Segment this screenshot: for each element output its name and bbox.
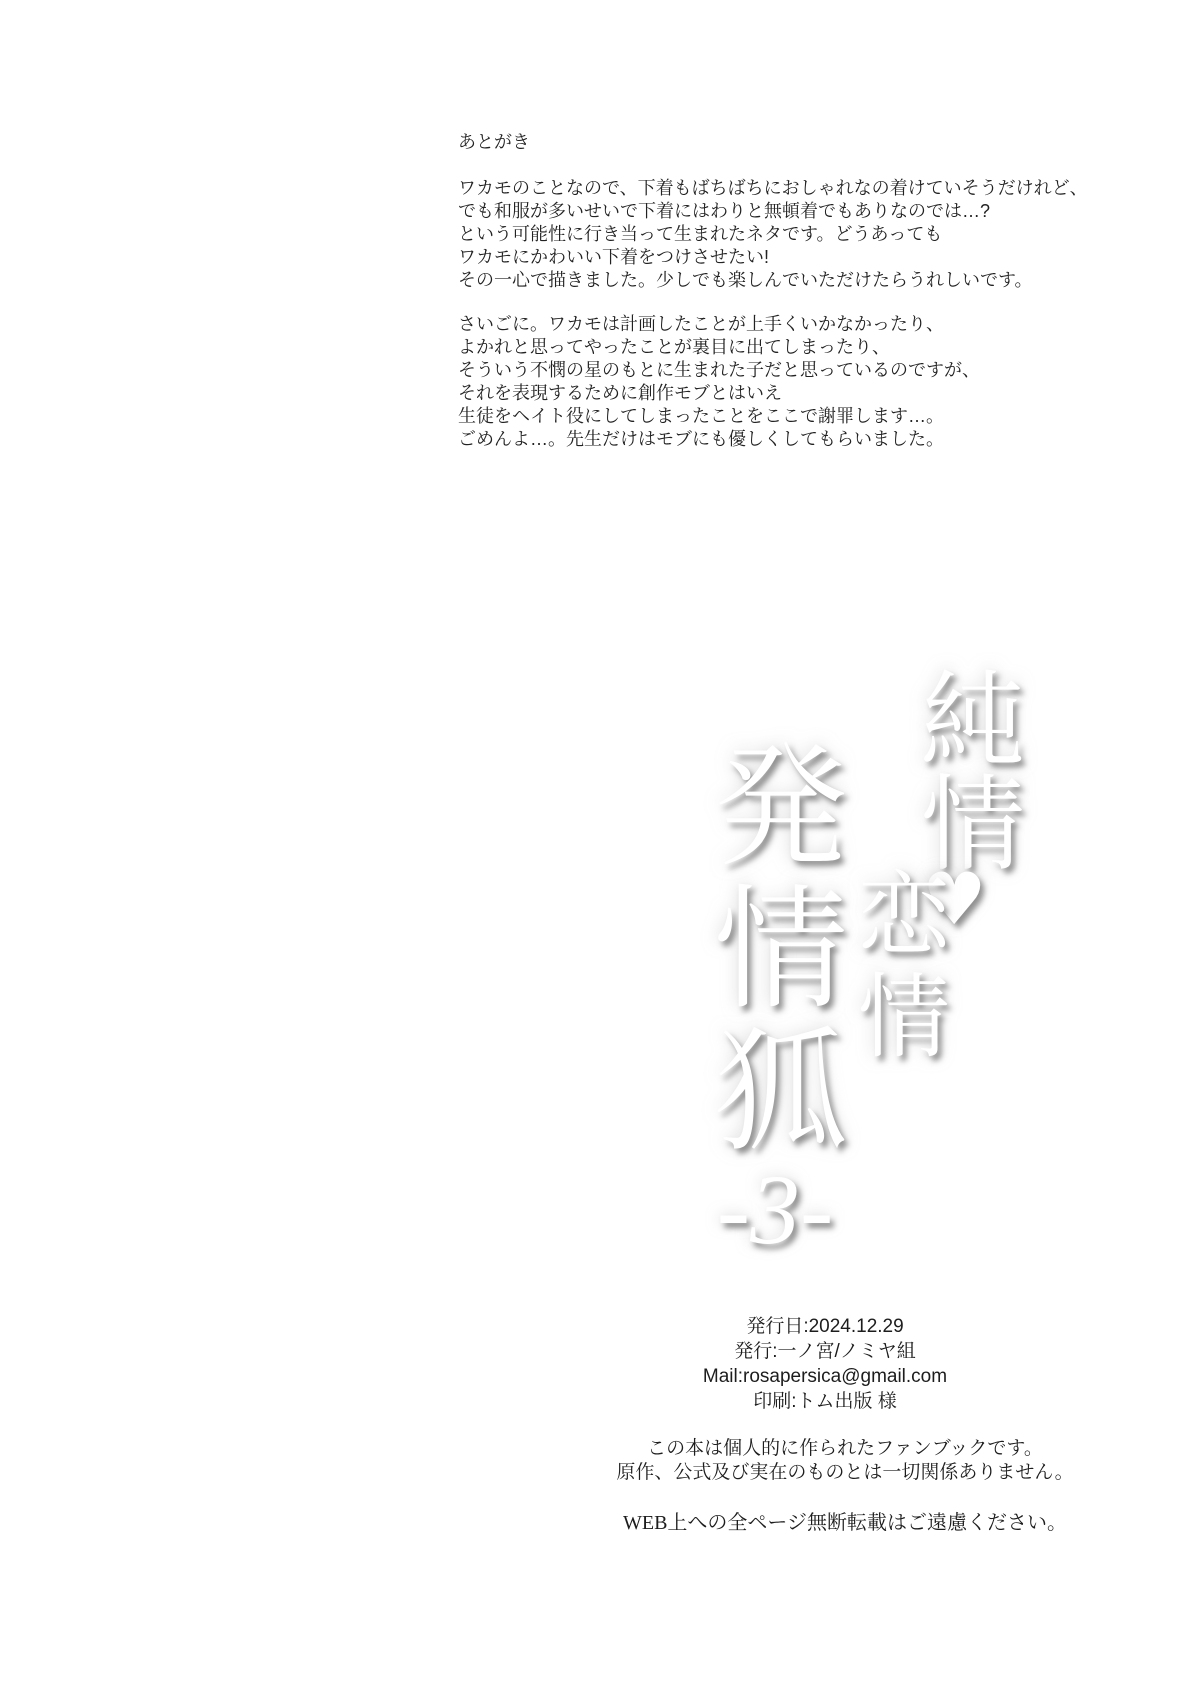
- published-date: 発行日:2024.12.29: [525, 1314, 1125, 1339]
- afterword-section: あとがき ワカモのことなので、下着もばちばちにおしゃれなの着けていそうだけれど、…: [458, 131, 1118, 472]
- book-title-column-middle: 恋情: [850, 866, 942, 1070]
- book-title-column-right: 純情: [910, 665, 1014, 873]
- printer: 印刷:トム出版 様: [525, 1389, 1125, 1414]
- fanbook-disclaimer: この本は個人的に作られたファンブックです。 原作、公式及び実在のものとは一切関係…: [545, 1437, 1145, 1485]
- book-title-column-left: 発情狐: [702, 736, 836, 1162]
- book-title-volume-number: -3-: [695, 1160, 855, 1260]
- afterword-heading: あとがき: [458, 131, 1118, 154]
- afterword-paragraph-2: さいごに。ワカモは計画したことが上手くいかなかったり、 よかれと思ってやったこと…: [458, 313, 1118, 451]
- afterword-paragraph-1: ワカモのことなので、下着もばちばちにおしゃれなの着けていそうだけれど、 でも和服…: [458, 177, 1118, 292]
- contact-mail: Mail:rosapersica@gmail.com: [525, 1364, 1125, 1389]
- colophon-section: 発行日:2024.12.29 発行:一ノ宮/ノミヤ組 Mail:rosapers…: [525, 1314, 1125, 1414]
- publisher-circle: 発行:一ノ宮/ノミヤ組: [525, 1339, 1125, 1364]
- no-repost-notice: WEB上への全ページ無断転載はご遠慮ください。: [545, 1510, 1145, 1536]
